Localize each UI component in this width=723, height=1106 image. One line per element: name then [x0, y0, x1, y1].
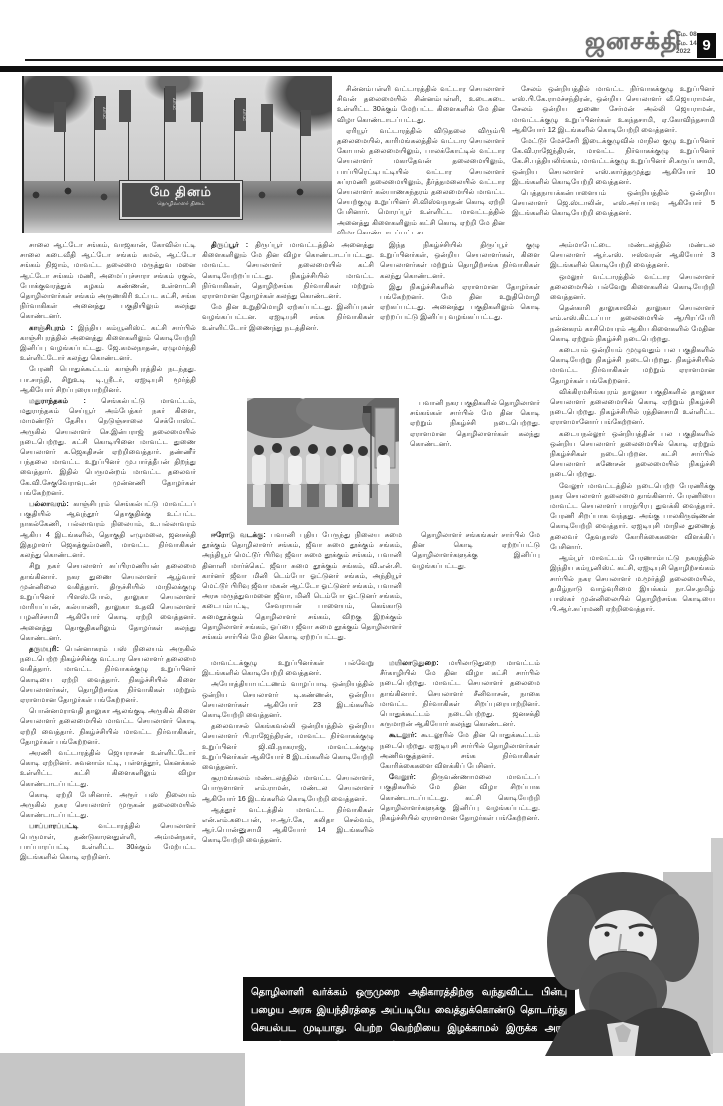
paragraph: தலைவாசல் கெங்கவல்லி ஒன்றியத்தில் ஒன்றிய … [202, 721, 374, 772]
paragraph: ஆத்தூர் வட்டத்தில் மாவட்ட நிர்வாகிகள் என… [202, 805, 374, 846]
paragraph: பொன்னமராவதி தாலுகா ஆலங்குடி அருகில் கிளை… [20, 706, 196, 747]
erode-unions-paragraph: ஈரோடு வடக்கு: பவானி புதிய பேருந்து நிலைய… [202, 530, 402, 656]
paragraph: வேலூர் மாவட்டத்தில் நடைபெற்ற பேரணிக்கு ந… [550, 481, 715, 552]
column-1: சாலை ஆட்டோ சங்கம், வாஜகான், கோவில்பட்டி … [20, 240, 196, 1050]
column-3-top: இந்த நிகழ்ச்சியில் திருப்பூர் குழு உறுப்… [380, 240, 540, 394]
paragraph: ஏரியூர் வட்டாரத்தில் விடுதலை விரும்பி தல… [337, 126, 505, 234]
paragraph: மே தின உறுதிமொழி ஏற்கப்பட்டது. இனிப்புகள… [202, 302, 374, 333]
aituc-flag: AITUC [165, 86, 176, 122]
dateline-lead: மயிலாடுதுறை: [389, 658, 449, 667]
flag [261, 104, 273, 132]
paragraph: பாப்பாரப்பட்டி வட்டாரத்தில் செயலாளர் பெர… [20, 821, 196, 862]
paragraph: இது நிகழ்ச்சிகளில் ஏராளமான தோழர்கள் பங்க… [380, 282, 540, 323]
paragraph: சிறு நகர் செயலாளர் சுப்பிரமணியன் தலைமை த… [20, 561, 196, 643]
flag [301, 110, 311, 136]
paragraph: அயோத்தியாபட்டணம் வாழப்பாடி ஒன்றியத்தில் … [202, 679, 374, 720]
paragraph: ஒமலூர் வட்டாரத்தில் வட்டார செயலாளர் தலைம… [550, 272, 715, 303]
flag [191, 92, 203, 122]
paragraph: சின்னம்பள்ளி வட்டாரத்தில் வட்டார செயலாளர… [337, 84, 505, 125]
flag-hoisting-photo [247, 398, 399, 525]
column-3-beside-photo: பவானி நகர பகுதிகளில் தொழிலாளர் சங்கங்கள்… [410, 398, 540, 526]
aituc-flag: AITUC [95, 96, 106, 130]
paragraph: தொழிலாளர் சங்கங்கள் சார்பில் மே தின கொடி… [412, 530, 540, 571]
column-2-top: திருப்பூர் : திருப்பூர் மாவட்டத்தில் அனை… [202, 240, 374, 396]
top-column-right: சேலம் ஒன்றியத்தில் மாவட்ட நிர்வாகக்குழு … [512, 84, 715, 234]
top-column-left: சின்னம்பள்ளி வட்டாரத்தில் வட்டார செயலாளர… [337, 84, 505, 234]
paragraph: கடையநல்லூர் ஒன்றியத்தின் பல பகுதிகளில் ஒ… [550, 429, 715, 480]
dateline-lead: ஈரோடு வடக்கு: [211, 530, 271, 539]
dateline-lead: வேலூர்: [389, 772, 431, 781]
dateline-lead: மதுராந்தகம் : [29, 396, 101, 405]
column-3-bottom: மயிலாடுதுறை: மயிலாடுதுறை மாவட்டம் சீர்கா… [380, 658, 540, 975]
dateline-lead: கூடலூர்: [389, 730, 421, 739]
banner-text: மே தினம் [122, 183, 240, 201]
flag-label: AITUC [95, 96, 106, 130]
paragraph: பல்லாவரம்: காஞ்சிபுரம் செங்கல்பட்டு மாவட… [20, 499, 196, 560]
paragraph: சூரமங்கலம் மண்டலத்தில் மாவட்ட செயலாளர், … [202, 773, 374, 804]
paragraph: ஈரோடு வடக்கு: பவானி புதிய பேருந்து நிலைய… [202, 530, 402, 642]
paragraph: கடையம் ஒன்றியம் முழுவதும் பல பகுதிகளில் … [550, 345, 715, 386]
paragraph: மேட்டூர் மேச்சேரி இடைக்குழுவில் மாநில கு… [512, 136, 715, 187]
paragraph: வேலூர்: திருவண்ணாமலை மாவட்டப் பகுதிகளில்… [380, 772, 540, 823]
column-3-mid: தொழிலாளர் சங்கங்கள் சார்பில் மே தின கொடி… [412, 530, 540, 654]
dateline-lead: பாப்பாரப்பட்டி [29, 821, 98, 830]
paragraph: காஞ்சிபுரம் : இந்திய கம்யூனிஸ்ட் கட்சி ச… [20, 323, 196, 364]
flag [119, 90, 131, 122]
paragraph: பவானி நகர பகுதிகளில் தொழிலாளர் சங்கங்கள்… [410, 398, 540, 449]
flag-label: AITUC [235, 98, 246, 131]
dateline-lead: காஞ்சிபுரம் : [29, 323, 78, 332]
paragraph: தருமபுரி: பென்னாகரம் பஸ் நிலையம் அருகில்… [20, 644, 196, 705]
column-2-bottom: மாவட்டக்குழு உறுப்பினர்கள் பல்வேறு இடங்க… [202, 658, 374, 975]
paragraph: கொடி ஏற்றி பேசினார். அரூர் பஸ் நிலையம் அ… [20, 790, 196, 821]
masthead-title: ஜனசக்தி [585, 28, 677, 60]
paragraph: ஆம்பூர் மாவட்டம் பேரணாம்பட்டு நகரத்தில் … [550, 553, 715, 614]
paragraph: சாலை ஆட்டோ சங்கம், வாஜகான், கோவில்பட்டி … [20, 240, 196, 322]
bottom-grey-band [0, 1053, 245, 1106]
may-day-banner: மே தினம் தொழிலாளர் தினம் [120, 181, 242, 219]
thin-rule [25, 59, 723, 61]
paragraph: விக்கிரமசிங்கபுரம் தாலுகா பகுதிகளில் தால… [550, 387, 715, 428]
dateline-lead: திருப்பூர் : [211, 240, 255, 249]
paragraph: மாவட்டக்குழு உறுப்பினர்கள் பல்வேறு இடங்க… [202, 658, 374, 678]
paragraph: அம்மாபேட்டை மண்டலத்தில் மண்டல செயலாளர் ஆ… [550, 240, 715, 271]
aituc-flag: AITUC [235, 98, 246, 131]
paragraph: கூடலூர்: கூடலூரில் மே தின பொதுக்கூட்டம் … [380, 730, 540, 771]
paragraph: பேரணி பொதுக்கூட்டம் காஞ்சிபுரத்தில் நடந்… [20, 364, 196, 395]
may-day-rally-photo: AITUC AITUC AITUC மே தினம் தொழிலாளர் தின… [22, 76, 332, 233]
paragraph: தென்காசி தாலுகாவில் தாலுகா செயலாளர் எம்.… [550, 303, 715, 344]
paragraph: திருப்பூர் : திருப்பூர் மாவட்டத்தில் அனை… [202, 240, 374, 301]
tree-silhouette [264, 76, 332, 132]
paragraph: இந்த நிகழ்ச்சியில் திருப்பூர் குழு உறுப்… [380, 240, 540, 281]
quote-author: - மார்க்ஸ் [507, 1041, 548, 1052]
flag-label: AITUC [165, 86, 176, 122]
paragraph: மதுராந்தகம் : செங்கல்பட்டு மாவட்டம், மது… [20, 396, 196, 498]
karl-marx-portrait [545, 872, 723, 1056]
page-number-badge: 9 [697, 33, 716, 58]
dateline-lead: தருமபுரி: [29, 644, 65, 653]
marx-quote-box: தொழிலாளி வர்க்கம் ஒருமுறை அதிகாரத்திற்கு… [243, 977, 575, 1041]
paragraph: பெத்தநாயக்கன்பாளையம் ஒன்றியத்தில் ஒன்றிய… [512, 188, 715, 219]
banner-sub-text: தொழிலாளர் தினம் [122, 201, 240, 208]
paragraph: மயிலாடுதுறை: மயிலாடுதுறை மாவட்டம் சீர்கா… [380, 658, 540, 729]
newspaper-page: ஜனசக்தி மே. 08 மே. 14 2022 9 AITUC AITUC… [0, 0, 723, 1106]
paragraph: அரணி வட்டாரத்தில் ஜெயராசன் உள்ளிட்டோர் க… [20, 748, 196, 789]
dateline-lead: பல்லாவரம்: [29, 499, 73, 508]
flag [54, 102, 66, 132]
paragraph: சேலம் ஒன்றியத்தில் மாவட்ட நிர்வாகக்குழு … [512, 84, 715, 135]
thick-rule [0, 66, 723, 72]
column-4: அம்மாபேட்டை மண்டலத்தில் மண்டல செயலாளர் ஆ… [550, 240, 715, 862]
